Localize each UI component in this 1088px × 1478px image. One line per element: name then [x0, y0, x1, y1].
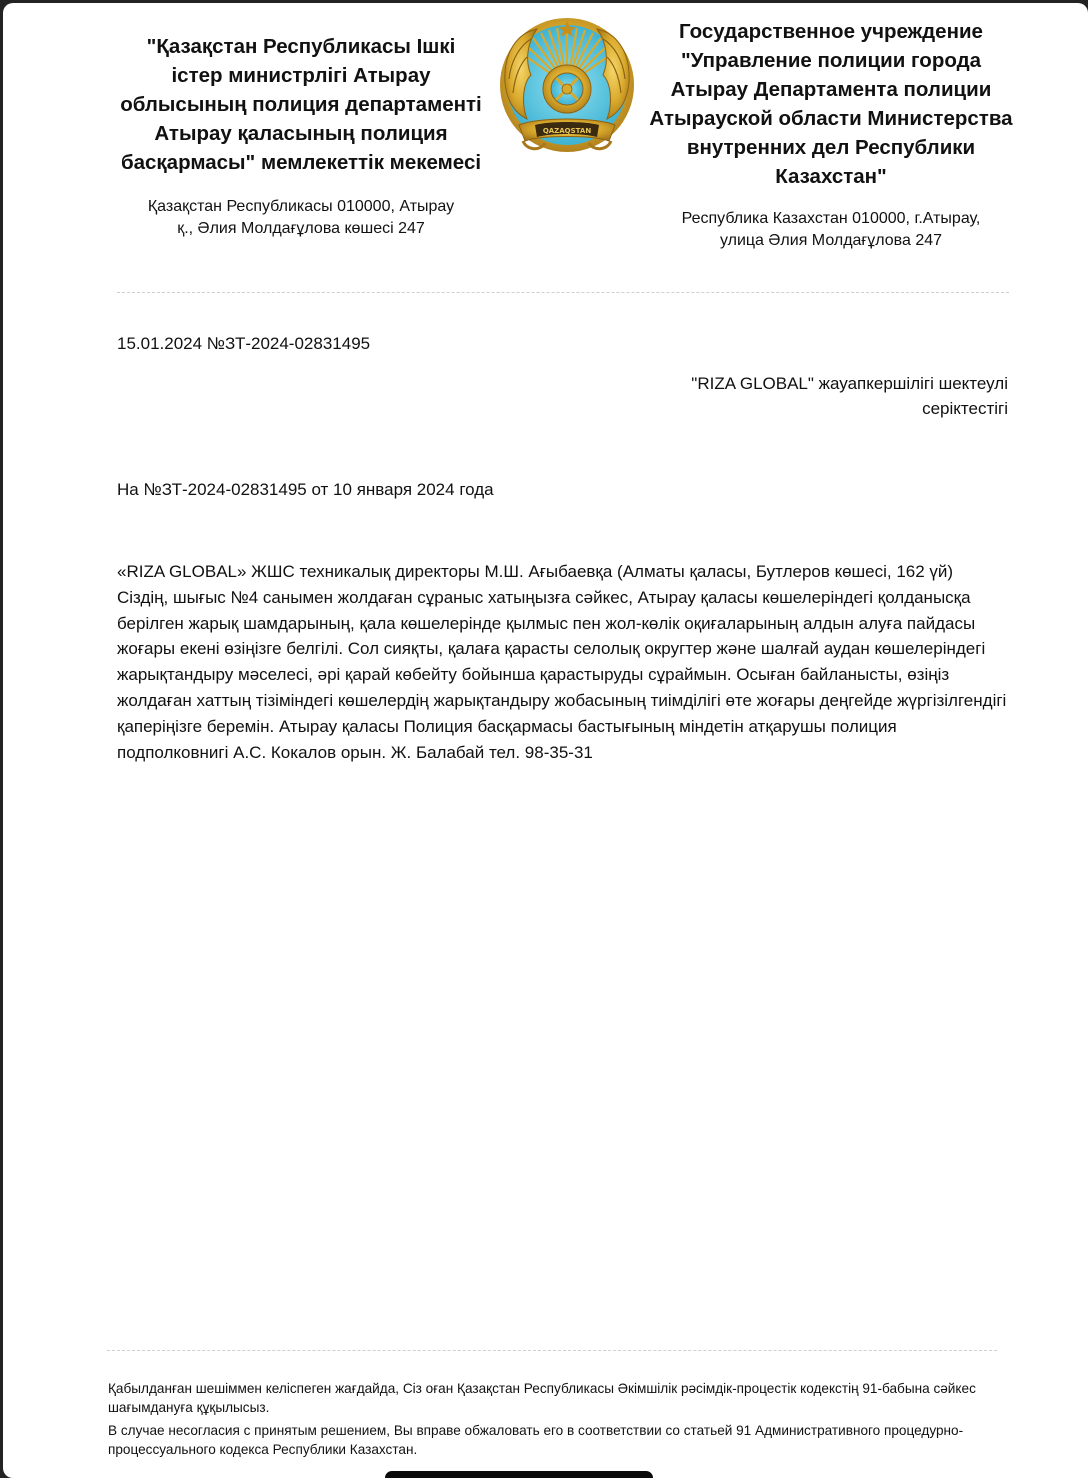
recipient-line: серіктестігі — [588, 396, 1008, 421]
kazakhstan-state-emblem-icon: QAZAQSTAN — [497, 13, 637, 157]
title-line: Атырау Департамента полиции — [641, 75, 1021, 104]
organization-title-russian: Государственное учреждение "Управление п… — [641, 17, 1021, 191]
organization-name-kazakh: "Қазақстан Республикасы Ішкі істер минис… — [115, 32, 487, 240]
title-line: істер министрлігі Атырау — [115, 61, 487, 90]
organization-name-russian: Государственное учреждение "Управление п… — [641, 17, 1021, 252]
title-line: Казахстан" — [641, 162, 1021, 191]
organization-address-russian: Республика Казахстан 010000, г.Атырау, у… — [641, 208, 1021, 252]
svg-text:QAZAQSTAN: QAZAQSTAN — [543, 127, 592, 135]
title-line: внутренних дел Республики — [641, 133, 1021, 162]
recipient-line: "RIZA GLOBAL" жауапкершілігі шектеулі — [588, 371, 1008, 396]
appeal-notice-russian: В случае несогласия с принятым решением,… — [108, 1421, 988, 1459]
appeal-notice: Қабылданған шешіммен келіспеген жағдайда… — [108, 1379, 988, 1459]
letter-body: «RIZA GLOBAL» ЖШС техникалық директоры М… — [117, 559, 1009, 765]
title-line: Атырау қаласының полиция — [115, 119, 487, 148]
address-line: қ., Әлия Молдағұлова көшесі 247 — [115, 218, 487, 240]
title-line: басқармасы" мемлекеттік мекемесі — [115, 148, 487, 177]
letterhead-divider — [117, 292, 1009, 293]
reply-reference: На №ЗТ-2024-02831495 от 10 января 2024 г… — [117, 479, 494, 501]
document-page: "Қазақстан Республикасы Ішкі істер минис… — [3, 3, 1088, 1478]
letterhead: "Қазақстан Республикасы Ішкі істер минис… — [3, 3, 1088, 293]
footer-divider — [107, 1350, 997, 1351]
appeal-notice-kazakh: Қабылданған шешіммен келіспеген жағдайда… — [108, 1379, 988, 1417]
address-line: улица Әлия Молдағұлова 247 — [641, 230, 1021, 252]
title-line: Государственное учреждение — [641, 17, 1021, 46]
organization-address-kazakh: Қазақстан Республикасы 010000, Атырау қ.… — [115, 196, 487, 240]
recipient-block: "RIZA GLOBAL" жауапкершілігі шектеулі се… — [588, 371, 1008, 421]
outgoing-reference: 15.01.2024 №ЗТ-2024-02831495 — [117, 333, 370, 355]
home-indicator-bar[interactable] — [385, 1471, 653, 1478]
organization-title-kazakh: "Қазақстан Республикасы Ішкі істер минис… — [115, 32, 487, 177]
title-line: Атырауской области Министерства — [641, 104, 1021, 133]
address-line: Республика Казахстан 010000, г.Атырау, — [641, 208, 1021, 230]
title-line: облысының полиция департаменті — [115, 90, 487, 119]
title-line: "Управление полиции города — [641, 46, 1021, 75]
title-line: "Қазақстан Республикасы Ішкі — [115, 32, 487, 61]
address-line: Қазақстан Республикасы 010000, Атырау — [115, 196, 487, 218]
